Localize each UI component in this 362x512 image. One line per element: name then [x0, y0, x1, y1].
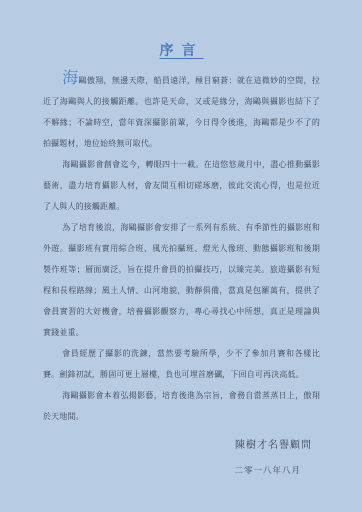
signature-date: 二零一八年八月: [43, 464, 320, 476]
paragraph-1-text: 鷗傲翔，無邊天際，船員遠洋，極目窮蒼：就在這微妙的空間，拉近了海鷗與人的接觸距離…: [43, 76, 320, 148]
paragraph-4: 會員經歷了攝影的洗鍊，當然要考驗所學，少不了參加月賽和各樣比賽。劍鋒初試，勝固可…: [43, 343, 320, 385]
paragraph-1: 海鷗傲翔，無邊天際，船員遠洋，極目窮蒼：就在這微妙的空間，拉近了海鷗與人的接觸距…: [43, 70, 320, 154]
paragraph-5: 海鷗攝影會本着弘揚影藝，培育後進為宗旨，會務自當蒸蒸日上，傲翔於天地間。: [43, 385, 320, 427]
drop-cap: 海: [62, 70, 78, 87]
paragraph-3: 為了培育後浪，海鷗攝影會安排了一系列有系統、有季節性的攝影班和外遊。攝影班有實用…: [43, 217, 320, 343]
page-title: 序言: [43, 40, 320, 60]
signature-name: 陳樹才名譽顧問: [43, 436, 320, 451]
preface-page: 序言 海鷗傲翔，無邊天際，船員遠洋，極目窮蒼：就在這微妙的空間，拉近了海鷗與人的…: [0, 0, 362, 512]
signature-block: 陳樹才名譽顧問 二零一八年八月: [43, 436, 320, 476]
paragraph-2: 海鷗攝影會創會迄今，轉眼四十一載。在這悠悠歲月中，盡心推動攝影藝術，盡力培育攝影…: [43, 154, 320, 217]
